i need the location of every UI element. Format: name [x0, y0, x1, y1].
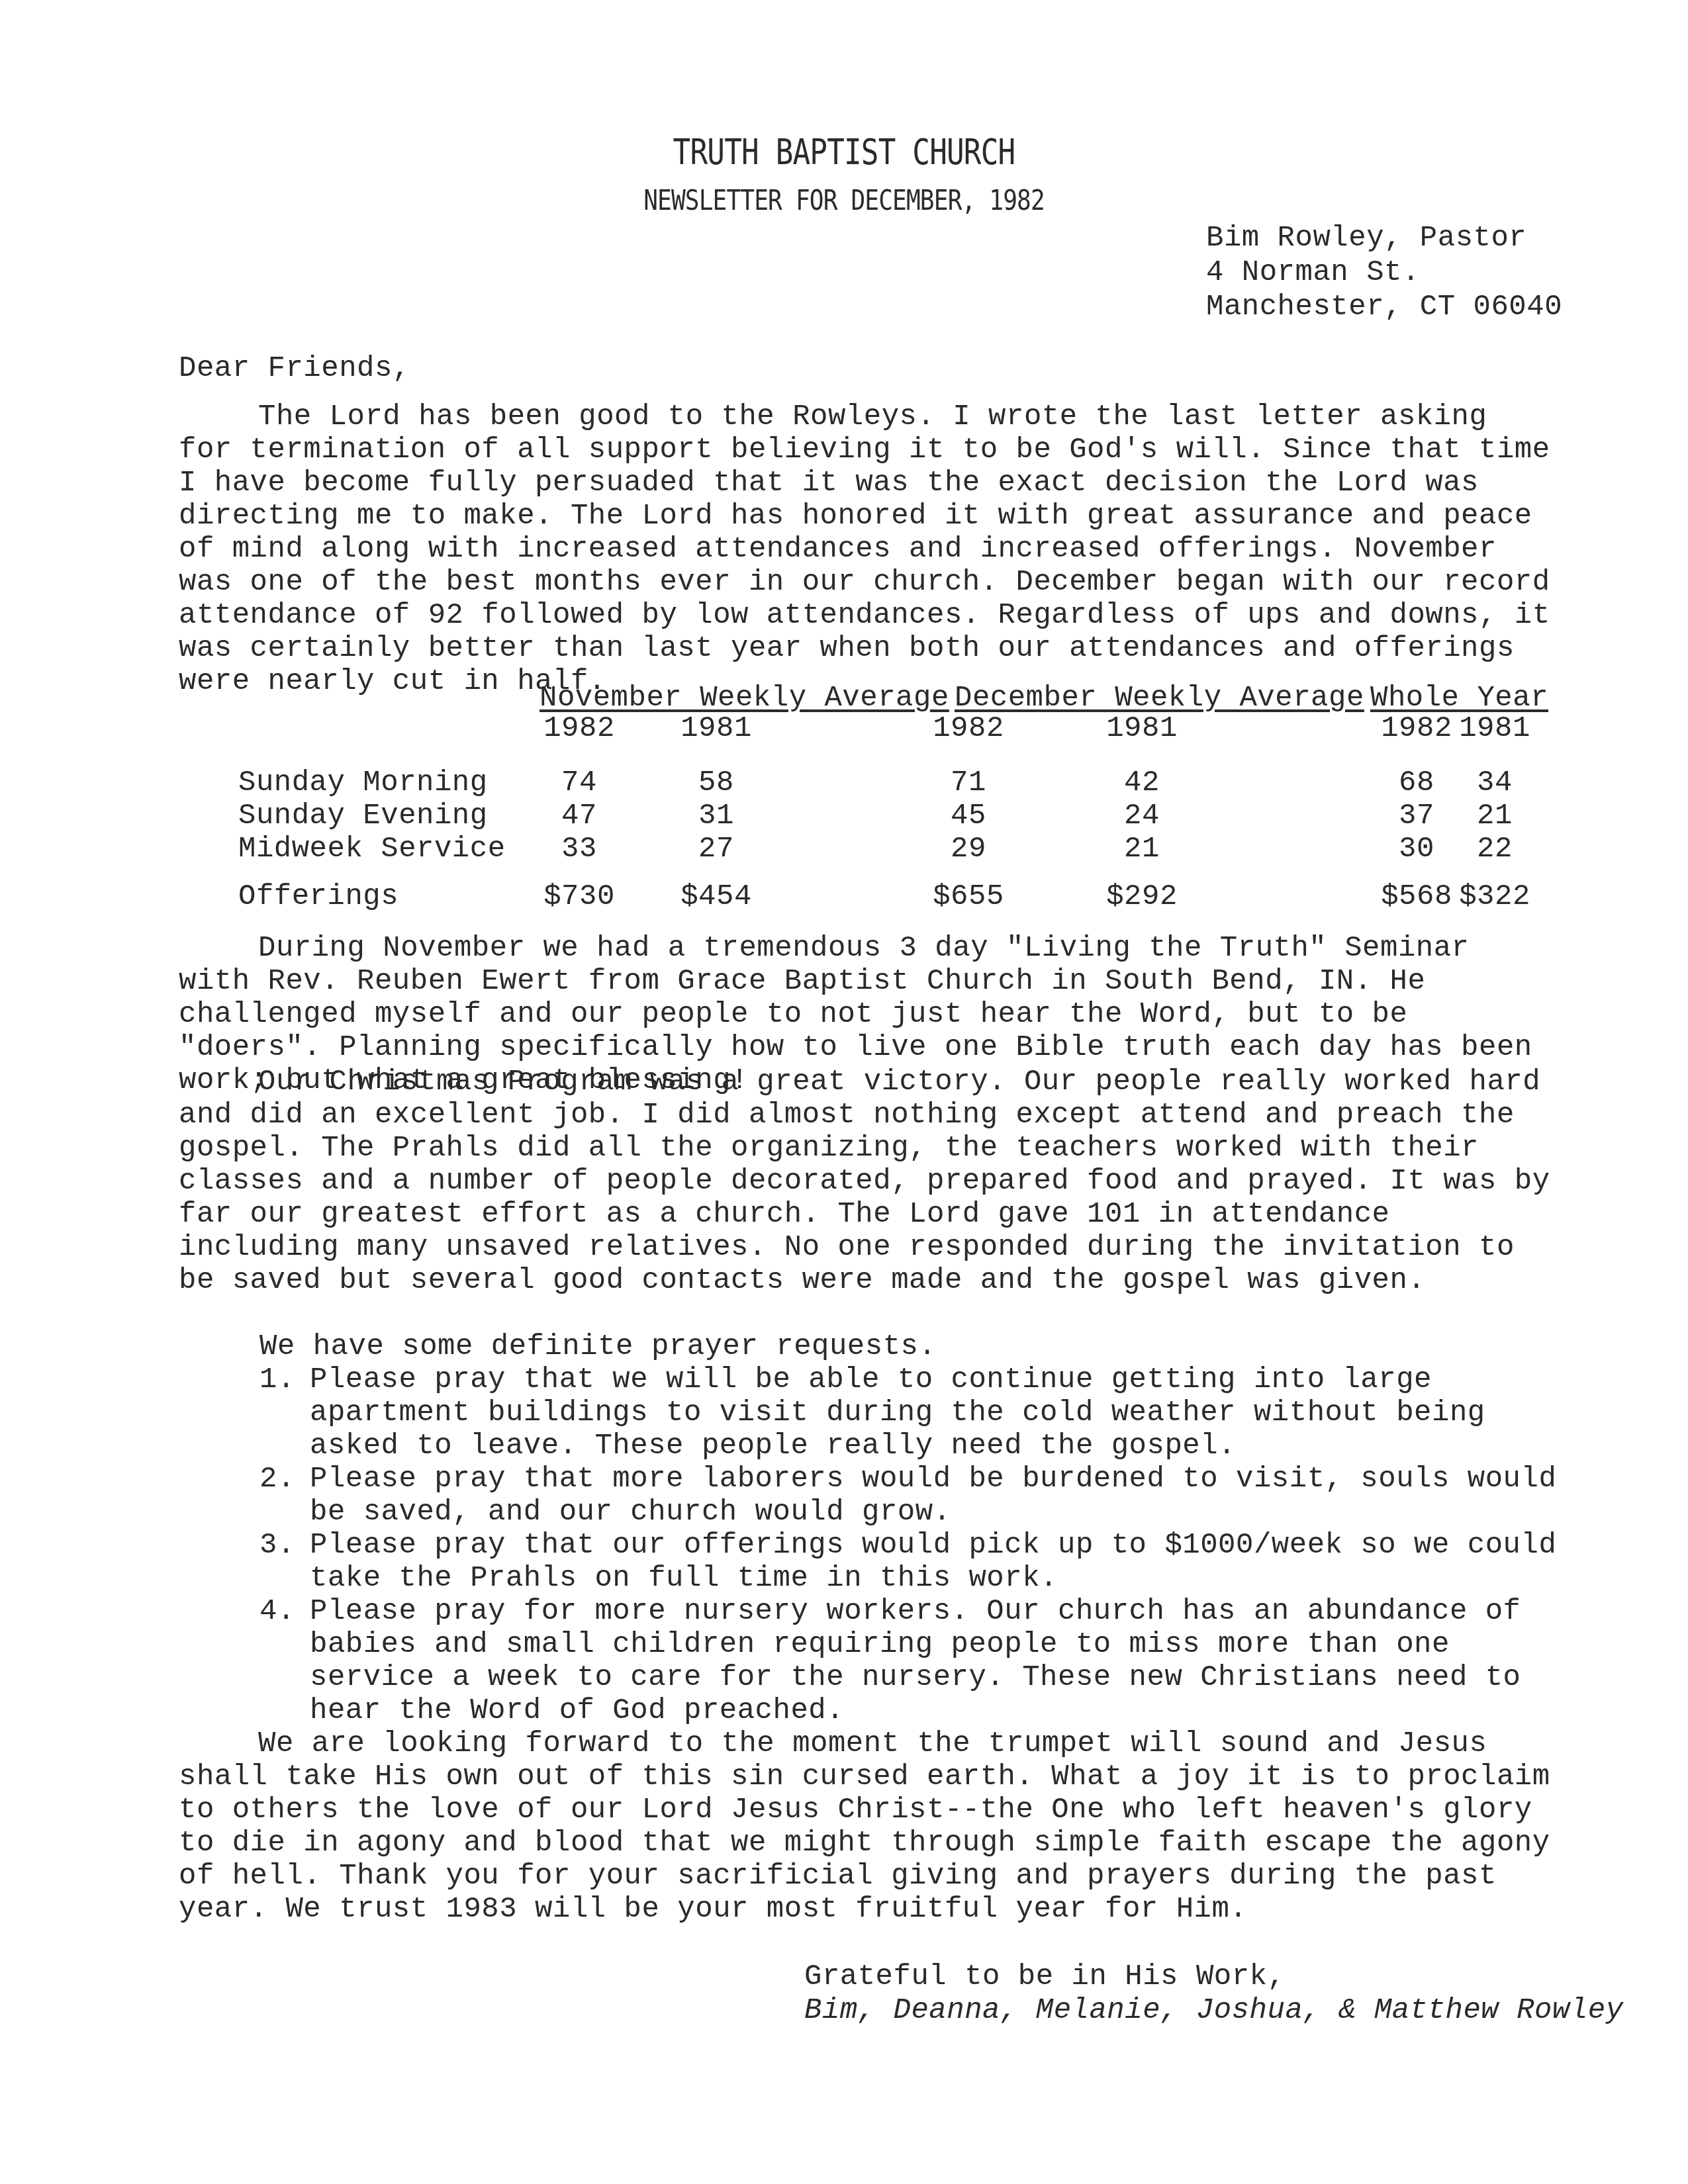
- letter-body-1: The Lord has been good to the Rowleys. I…: [179, 400, 1556, 698]
- row-label: Offerings: [238, 880, 399, 913]
- table-cell: 42: [1092, 766, 1192, 799]
- table-cell: $454: [667, 880, 766, 913]
- year-header: 1982: [919, 712, 1018, 745]
- list-item: 4.Please pray for more nursery workers. …: [259, 1595, 1557, 1727]
- row-label: Sunday Evening: [238, 799, 488, 833]
- table-cell: $730: [530, 880, 629, 913]
- list-item: 1.Please pray that we will be able to co…: [259, 1363, 1557, 1463]
- signature: Bim, Deanna, Melanie, Joshua, & Matthew …: [804, 1994, 1624, 2027]
- table-cell: 45: [919, 799, 1018, 833]
- group-header: December Weekly Average: [955, 682, 1364, 715]
- year-header: 1982: [530, 712, 629, 745]
- list-text: Please pray that our offerings would pic…: [310, 1529, 1557, 1595]
- list-number: 4.: [259, 1595, 310, 1727]
- paragraph: We are looking forward to the moment the…: [179, 1727, 1556, 1926]
- table-cell: $322: [1445, 880, 1544, 913]
- table-cell: 33: [530, 833, 629, 866]
- church-name: TRUTH BAPTIST CHURCH: [152, 131, 1536, 173]
- letter-body-3: Our Christmas Program was a great victor…: [179, 1066, 1556, 1297]
- address-line: Manchester, CT 06040: [1206, 291, 1562, 325]
- table-cell: 21: [1445, 799, 1544, 833]
- table-cell: 34: [1445, 766, 1544, 799]
- row-label: Midweek Service: [238, 833, 506, 866]
- list-number: 2.: [259, 1463, 310, 1529]
- newsletter-title: NEWSLETTER FOR DECEMBER, 1982: [118, 184, 1570, 216]
- list-item: 3.Please pray that our offerings would p…: [259, 1529, 1557, 1595]
- salutation: Dear Friends,: [179, 352, 1556, 385]
- closing: Grateful to be in His Work,: [804, 1960, 1285, 1993]
- address-line: 4 Norman St.: [1206, 256, 1562, 291]
- table-cell: 71: [919, 766, 1018, 799]
- group-header: November Weekly Average: [539, 682, 949, 715]
- group-header: Whole Year: [1370, 682, 1548, 715]
- table-cell: 27: [667, 833, 766, 866]
- list-number: 3.: [259, 1529, 310, 1595]
- paragraph: Our Christmas Program was a great victor…: [179, 1066, 1556, 1297]
- list-text: Please pray that we will be able to cont…: [310, 1363, 1557, 1463]
- table-cell: 29: [919, 833, 1018, 866]
- table-cell: 22: [1445, 833, 1544, 866]
- year-header: 1981: [1445, 712, 1544, 745]
- year-header: 1981: [1092, 712, 1192, 745]
- table-cell: 58: [667, 766, 766, 799]
- pastor-address: Bim Rowley, Pastor 4 Norman St. Manchest…: [1206, 222, 1562, 325]
- prayer-intro: We have some definite prayer requests.: [259, 1330, 1557, 1363]
- year-header: 1981: [667, 712, 766, 745]
- list-item: 2.Please pray that more laborers would b…: [259, 1463, 1557, 1529]
- list-text: Please pray that more laborers would be …: [310, 1463, 1557, 1529]
- table-cell: 21: [1092, 833, 1192, 866]
- table-cell: 24: [1092, 799, 1192, 833]
- prayer-requests: We have some definite prayer requests. 1…: [259, 1330, 1557, 1727]
- table-cell: 47: [530, 799, 629, 833]
- table-cell: 31: [667, 799, 766, 833]
- table-cell: $655: [919, 880, 1018, 913]
- address-line: Bim Rowley, Pastor: [1206, 222, 1562, 256]
- table-cell: $292: [1092, 880, 1192, 913]
- list-number: 1.: [259, 1363, 310, 1463]
- letter-body-4: We are looking forward to the moment the…: [179, 1727, 1556, 1926]
- paragraph: The Lord has been good to the Rowleys. I…: [179, 400, 1556, 698]
- row-label: Sunday Morning: [238, 766, 488, 799]
- table-cell: 74: [530, 766, 629, 799]
- list-text: Please pray for more nursery workers. Ou…: [310, 1595, 1557, 1727]
